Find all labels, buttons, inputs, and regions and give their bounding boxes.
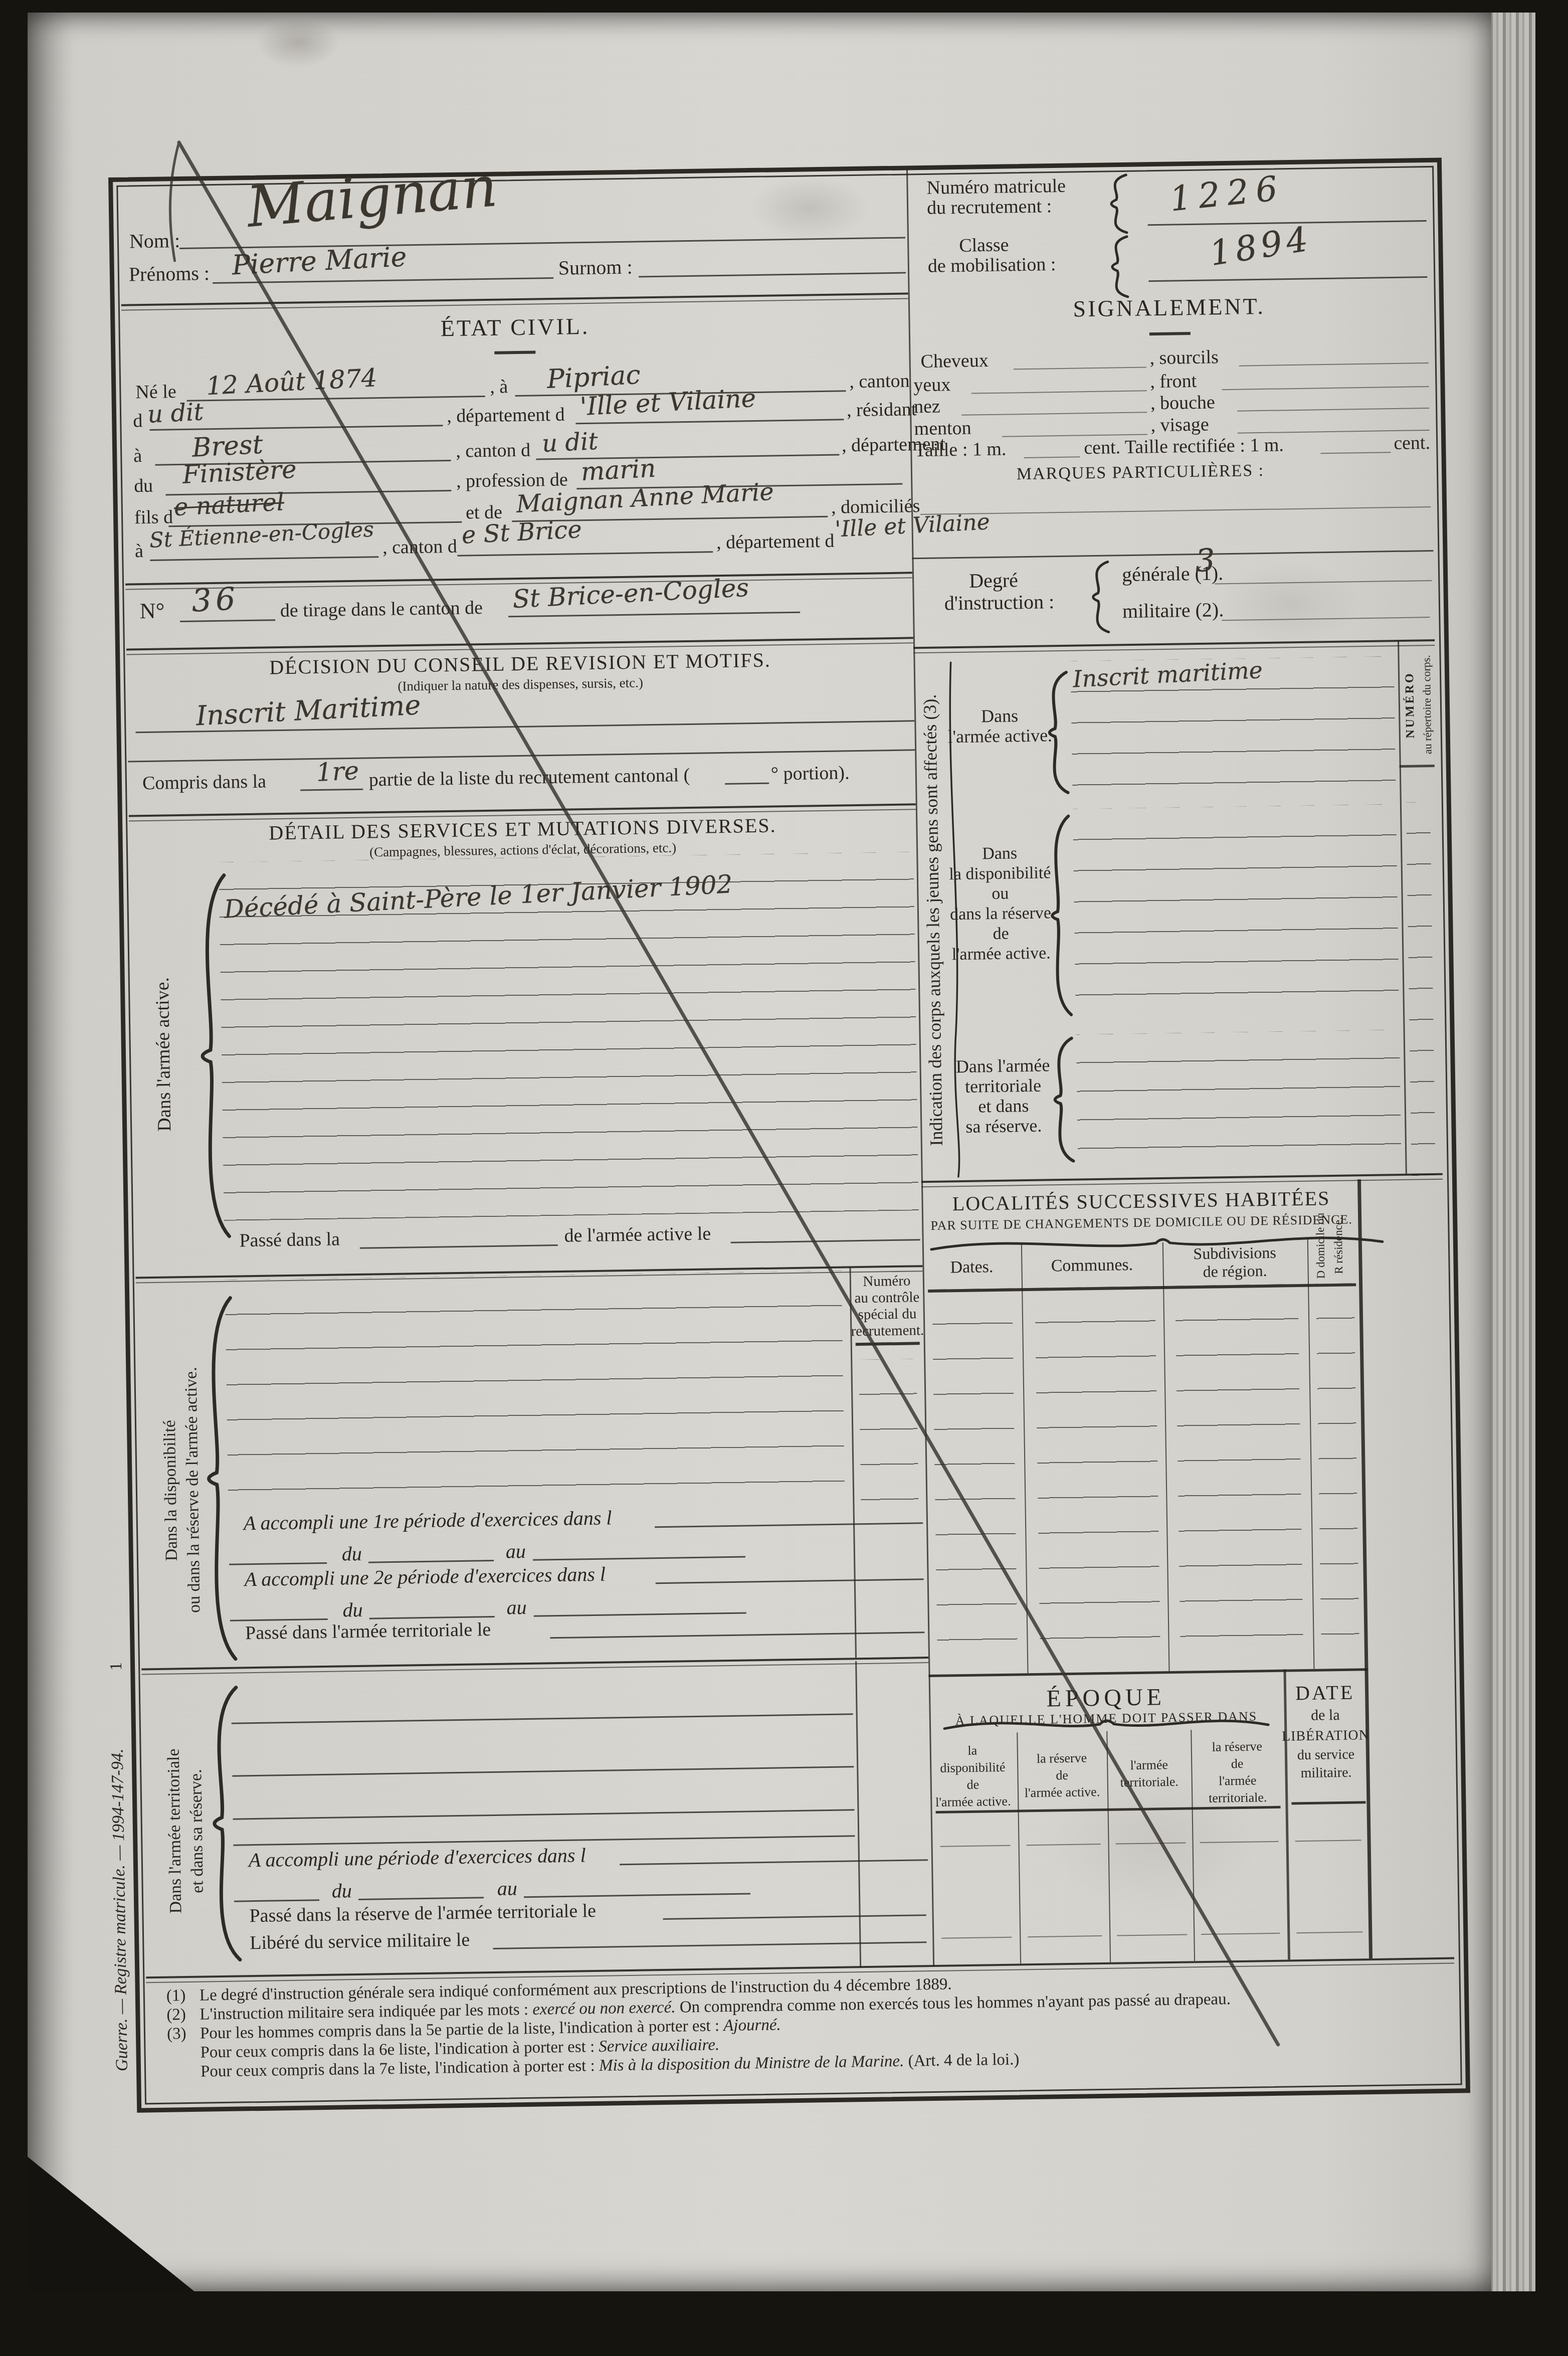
- front-label: , front: [1150, 372, 1197, 391]
- rule: [1400, 765, 1435, 768]
- table-rows: [1035, 1286, 1160, 1641]
- du3-label: du: [332, 1881, 352, 1901]
- epoque-c1-3: de: [966, 1778, 979, 1791]
- corps-g2-label-6: l'armée active.: [952, 945, 1051, 963]
- corps-g3-label-2: territoriale: [965, 1076, 1041, 1096]
- terr-side-label-2: et dans sa réserve.: [185, 1701, 209, 1962]
- tirage-no-value: 36: [191, 583, 240, 617]
- epoque-c2-1: la réserve: [1037, 1751, 1087, 1765]
- canton3-value: e St Brice: [461, 517, 582, 548]
- ruled-lines: [1073, 804, 1399, 997]
- corps-g3-label-4: sa réserve.: [965, 1117, 1042, 1136]
- footnote-1-num: (1): [166, 1987, 186, 2005]
- taille-label: Taille : 1 m.: [914, 440, 1007, 460]
- menton-label: menton: [914, 419, 971, 439]
- page-sheet: Nom : Maignan Prénoms : Pierre Marie Sur…: [28, 13, 1491, 2291]
- cheveux-label: Cheveux: [920, 351, 989, 371]
- scanned-register-photo: { "margin": { "spine_note": "Guerre. — R…: [0, 0, 1568, 2356]
- canton3-label: , canton d: [382, 537, 457, 557]
- controle-header-4: recrutement.: [851, 1323, 924, 1339]
- lieu-naissance: Pipriac: [546, 362, 641, 393]
- spine-note: Guerre. — Registre matricule. — 1994-147…: [105, 1692, 135, 2128]
- prenoms-label: Prénoms :: [129, 263, 210, 284]
- classe-label: Classe: [959, 235, 1009, 255]
- corps-g2-label-3: ou: [992, 885, 1009, 903]
- epoque-c2-2: de: [1056, 1769, 1068, 1782]
- ruled-lines: [1076, 1030, 1401, 1150]
- du-label: d: [133, 411, 143, 430]
- book-page-edges: [1491, 13, 1535, 2291]
- corps-g3-label-1: Dans l'armée: [956, 1056, 1050, 1075]
- epoque-c2-3: l'armée active.: [1025, 1785, 1100, 1799]
- localites-col-subdiv-1: Subdivisions: [1193, 1244, 1276, 1261]
- passe-label2: de l'armée active le: [564, 1224, 711, 1245]
- compris-label3: ° portion).: [771, 763, 850, 783]
- du-label: du: [342, 1544, 362, 1564]
- surnom-label: Surnom :: [558, 257, 633, 278]
- footnote-2-num: (2): [166, 2007, 186, 2024]
- table-rows: [1175, 1284, 1303, 1640]
- a-label: , à: [490, 377, 508, 397]
- profession-value: marin: [580, 456, 657, 484]
- epoque-date-5: militaire.: [1300, 1766, 1351, 1781]
- spine-page-number: 1: [105, 1653, 128, 1681]
- page-content: Nom : Maignan Prénoms : Pierre Marie Sur…: [11, 2, 1508, 2302]
- canton2-value: u dit: [541, 429, 599, 456]
- fils-de-label: fils d: [134, 507, 173, 527]
- numero-col-header-2: au répertoire du corps.: [1419, 647, 1435, 762]
- compris-label: Compris dans la: [142, 772, 267, 793]
- localites-col-communes: Communes.: [1051, 1256, 1133, 1275]
- pere-value: e naturel: [173, 490, 285, 519]
- departement3-label: , département d: [716, 531, 835, 552]
- passe-label: Passé dans la: [239, 1229, 340, 1250]
- localites-col-dr-1: D domicile ou: [1312, 1203, 1329, 1288]
- du2-label: du: [342, 1600, 363, 1620]
- etat-civil-title: ÉTAT CIVIL.: [440, 315, 590, 340]
- epoque-title: ÉPOQUE: [1046, 1685, 1165, 1711]
- corps-g2-label-2: la disponibilité: [949, 864, 1051, 883]
- epoque-date-3: LIBÉRATION: [1282, 1728, 1369, 1744]
- classe-label2: de mobilisation :: [928, 255, 1056, 276]
- nez-label: nez: [914, 397, 940, 416]
- controle-header-3: spécial du: [858, 1307, 916, 1322]
- terr-side-label-1: Dans l'armée territoriale: [163, 1691, 187, 1972]
- departement-res-value: Finistère: [182, 457, 297, 487]
- footnote-3-num: (3): [167, 2026, 186, 2043]
- ruled-lines: [859, 1359, 918, 1503]
- canton2-label: , canton d: [456, 441, 530, 461]
- controle-header-2: au contrôle: [854, 1290, 919, 1306]
- corps-g2-label-4: dans la réserve: [950, 904, 1051, 923]
- visage-label: , visage: [1150, 415, 1209, 435]
- matricule-label2: du recrutement :: [927, 197, 1052, 218]
- au2-label: au: [506, 1597, 527, 1618]
- corps-g1-label-2: l'armée active.: [947, 726, 1052, 746]
- degre-label-2: d'instruction :: [944, 592, 1055, 613]
- ne-le-label: Né le: [135, 382, 176, 402]
- periode1-label: A accompli une 1re période d'exercices d…: [244, 1508, 612, 1533]
- epoque-c4-3: l'armée: [1219, 1774, 1257, 1787]
- localites-col-dates: Dates.: [950, 1258, 993, 1276]
- passe-res-terr-label: Passé dans la réserve de l'armée territo…: [249, 1901, 596, 1925]
- a2-label: à: [133, 446, 142, 465]
- epoque-c4-1: la réserve: [1212, 1740, 1262, 1753]
- canton-label: , canton: [849, 371, 910, 391]
- epoque-date-4: du service: [1297, 1748, 1355, 1763]
- yeux-label: yeux: [913, 375, 950, 395]
- epoque-date-2: de la: [1311, 1708, 1340, 1723]
- corps-g1-label-1: Dans: [981, 706, 1019, 725]
- numero-col-header-1: NUMÉRO: [1401, 647, 1419, 762]
- passe-terr-label: Passé dans l'armée territoriale le: [245, 1620, 491, 1643]
- table-rows: [1316, 1283, 1359, 1637]
- compris-label2: partie de la liste du recrutement canton…: [369, 766, 690, 789]
- signalement-title: SIGNALEMENT.: [1073, 295, 1265, 321]
- generale-value: 3: [1195, 545, 1216, 577]
- title-divider: [1149, 332, 1191, 335]
- epoque-c1-1: la: [967, 1744, 977, 1757]
- profession-label: , profession de: [456, 470, 568, 491]
- armee-active-side-label: Dans l'armée active.: [151, 959, 176, 1150]
- matricule-label: Numéro matricule: [926, 176, 1066, 198]
- epoque-c3-1: l'armée: [1130, 1758, 1168, 1772]
- epoque-c3-2: territoriale.: [1120, 1775, 1179, 1789]
- corps-g2-label-5: de: [993, 926, 1009, 943]
- taille-rectifiee-label: cent. Taille rectifiée : 1 m.: [1084, 435, 1284, 457]
- compris-value: 1re: [316, 758, 360, 785]
- epoque-c4-2: de: [1231, 1757, 1244, 1770]
- marques-label: MARQUES PARTICULIÈRES :: [1017, 462, 1265, 483]
- sourcils-label: , sourcils: [1149, 347, 1219, 368]
- au3-label: au: [497, 1878, 517, 1899]
- epoque-date-1: DATE: [1295, 1683, 1355, 1704]
- corps-g2-label-1: Dans: [982, 845, 1017, 862]
- table-rows: [932, 1289, 1017, 1643]
- libere-label: Libéré du service militaire le: [250, 1930, 470, 1953]
- du2-label: du: [134, 476, 153, 496]
- localites-title: LOCALITÉS SUCCESSIVES HABITÉES: [952, 1188, 1330, 1214]
- bouche-label: , bouche: [1150, 393, 1215, 413]
- epoque-c1-4: l'armée active.: [935, 1795, 1011, 1809]
- residant-label: , résidant: [847, 400, 917, 420]
- periode3-label: A accompli une période d'exercices dans …: [249, 1845, 586, 1870]
- periode2-label: A accompli une 2e période d'exercices da…: [244, 1564, 606, 1590]
- departement-label: , département d: [447, 405, 565, 426]
- cent-label: cent.: [1394, 433, 1430, 453]
- epoque-c1-2: disponibilité: [940, 1761, 1005, 1775]
- au-label: au: [506, 1541, 526, 1562]
- corps-g3-label-3: et dans: [978, 1097, 1029, 1115]
- degre-label-1: Degré: [969, 570, 1018, 591]
- canton-value: u dit: [147, 400, 204, 426]
- controle-header-1: Numéro: [863, 1274, 910, 1289]
- nom-label: Nom :: [129, 231, 180, 251]
- a3-label: à: [135, 541, 143, 561]
- localites-col-subdiv-2: de région.: [1203, 1262, 1267, 1280]
- tirage-label: de tirage dans le canton de: [280, 598, 483, 620]
- ruled-lines: [225, 1271, 845, 1493]
- localites-col-dr-2: R résidence.: [1330, 1203, 1347, 1288]
- militaire-label: militaire (2).: [1122, 600, 1224, 621]
- tirage-no-label: N°: [140, 600, 165, 622]
- epoque-c4-4: territoriale.: [1209, 1791, 1267, 1805]
- title-divider: [494, 350, 535, 354]
